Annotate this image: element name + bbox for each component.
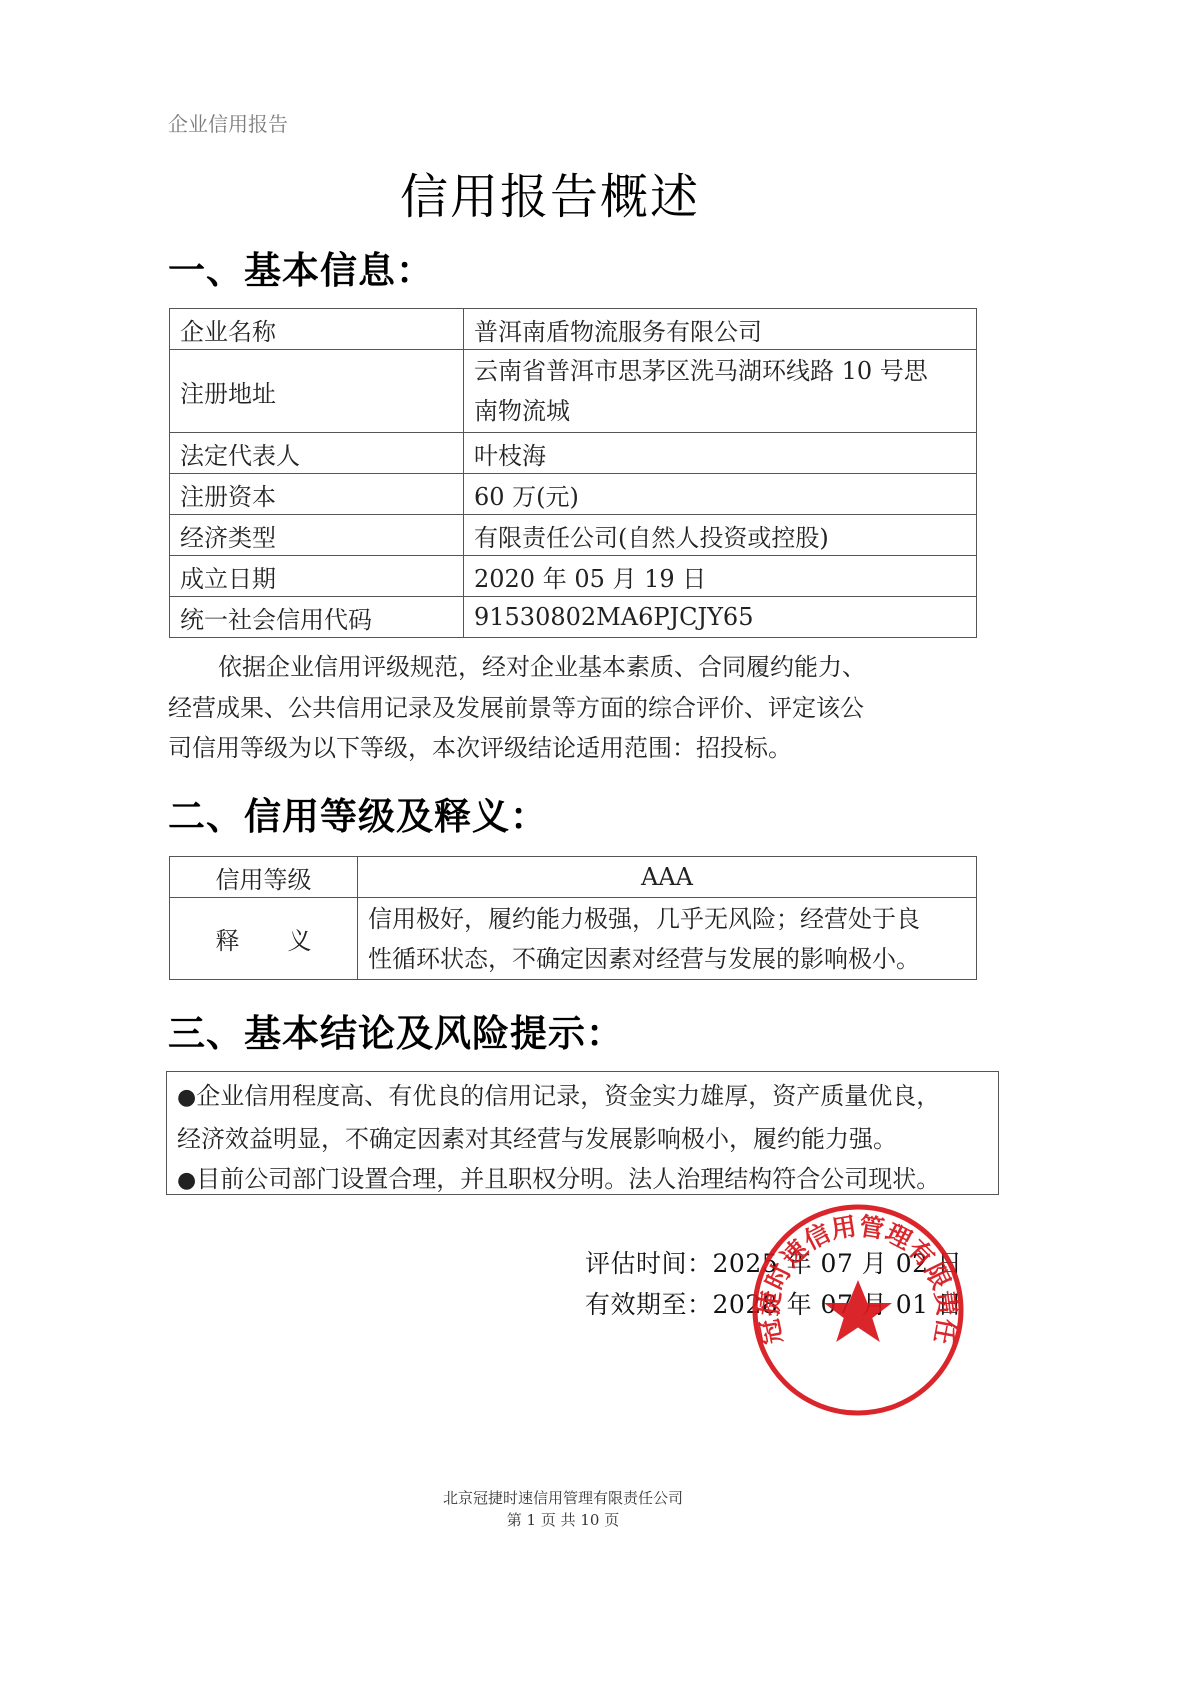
section-heading-grade: 二、信用等级及释义：	[168, 786, 548, 840]
row-label: 法定代表人	[170, 433, 464, 474]
meaning-label: 释 义	[170, 898, 358, 980]
basic-info-table: 企业名称 普洱南盾物流服务有限公司 注册地址 云南省普洱市思茅区洗马湖环线路 1…	[169, 308, 977, 638]
bullet-icon: ●	[177, 1168, 196, 1193]
meaning-line: 性循环状态，不确定因素对经营与发展的影响极小。	[368, 939, 966, 979]
row-value: 91530802MA6PJCJY65	[464, 597, 977, 638]
grade-value: AAA	[358, 857, 977, 898]
rating-basis-paragraph: 依据企业信用评级规范，经对企业基本素质、合同履约能力、 经营成果、公共信用记录及…	[168, 647, 928, 769]
table-row: 释 义 信用极好，履约能力极强，几乎无风险；经营处于良 性循环状态，不确定因素对…	[170, 898, 977, 980]
meaning-value: 信用极好，履约能力极强，几乎无风险；经营处于良 性循环状态，不确定因素对经营与发…	[358, 898, 977, 980]
table-row: 统一社会信用代码 91530802MA6PJCJY65	[170, 597, 977, 638]
table-row: 企业名称 普洱南盾物流服务有限公司	[170, 309, 977, 350]
credit-grade-table: 信用等级 AAA 释 义 信用极好，履约能力极强，几乎无风险；经营处于良 性循环…	[169, 856, 977, 980]
meaning-line: 信用极好，履约能力极强，几乎无风险；经营处于良	[368, 899, 966, 939]
row-label: 注册资本	[170, 474, 464, 515]
footer-page-indicator: 第 1 页 共 10 页	[0, 1509, 1126, 1530]
paragraph-line: 依据企业信用评级规范，经对企业基本素质、合同履约能力、	[168, 647, 928, 688]
table-row: 注册资本 60 万(元)	[170, 474, 977, 515]
grade-label: 信用等级	[170, 857, 358, 898]
table-row: 成立日期 2020 年 05 月 19 日	[170, 556, 977, 597]
table-row: 信用等级 AAA	[170, 857, 977, 898]
conclusion-line: 经济效益明显，不确定因素对其经营与发展影响极小，履约能力强。	[177, 1119, 998, 1160]
paragraph-line: 司信用等级为以下等级，本次评级结论适用范围：招投标。	[168, 728, 928, 769]
row-label: 成立日期	[170, 556, 464, 597]
conclusion-line: ●目前公司部门设置合理，并且职权分明。法人治理结构符合公司现状。	[177, 1159, 998, 1202]
row-value: 60 万(元)	[464, 474, 977, 515]
row-value: 2020 年 05 月 19 日	[464, 556, 977, 597]
table-row: 法定代表人 叶枝海	[170, 433, 977, 474]
section-heading-conclusion: 三、基本结论及风险提示：	[168, 1003, 624, 1057]
row-label: 经济类型	[170, 515, 464, 556]
row-label: 注册地址	[170, 350, 464, 433]
company-seal-icon: 北京冠捷时速信用管理有限责任公司	[748, 1200, 968, 1420]
row-value: 叶枝海	[464, 433, 977, 474]
section-heading-basic-info: 一、基本信息：	[168, 240, 434, 294]
assessment-date-label: 评估时间：	[585, 1249, 713, 1278]
footer-company: 北京冠捷时速信用管理有限责任公司	[0, 1487, 1126, 1508]
bullet-icon: ●	[177, 1085, 196, 1110]
row-label: 企业名称	[170, 309, 464, 350]
row-value: 云南省普洱市思茅区洗马湖环线路 10 号思 南物流城	[464, 350, 977, 433]
valid-until-label: 有效期至：	[585, 1290, 713, 1319]
running-header: 企业信用报告	[168, 108, 288, 137]
row-value: 普洱南盾物流服务有限公司	[464, 309, 977, 350]
conclusion-box: ●企业信用程度高、有优良的信用记录，资金实力雄厚，资产质量优良， 经济效益明显，…	[166, 1071, 999, 1195]
address-line-2: 南物流城	[474, 391, 966, 431]
address-line-1: 云南省普洱市思茅区洗马湖环线路 10 号思	[474, 351, 966, 391]
row-label: 统一社会信用代码	[170, 597, 464, 638]
page-title: 信用报告概述	[0, 158, 1100, 227]
row-value: 有限责任公司(自然人投资或控股)	[464, 515, 977, 556]
conclusion-line: ●企业信用程度高、有优良的信用记录，资金实力雄厚，资产质量优良，	[177, 1076, 998, 1119]
paragraph-line: 经营成果、公共信用记录及发展前景等方面的综合评价、评定该公	[168, 688, 928, 729]
table-row: 注册地址 云南省普洱市思茅区洗马湖环线路 10 号思 南物流城	[170, 350, 977, 433]
table-row: 经济类型 有限责任公司(自然人投资或控股)	[170, 515, 977, 556]
